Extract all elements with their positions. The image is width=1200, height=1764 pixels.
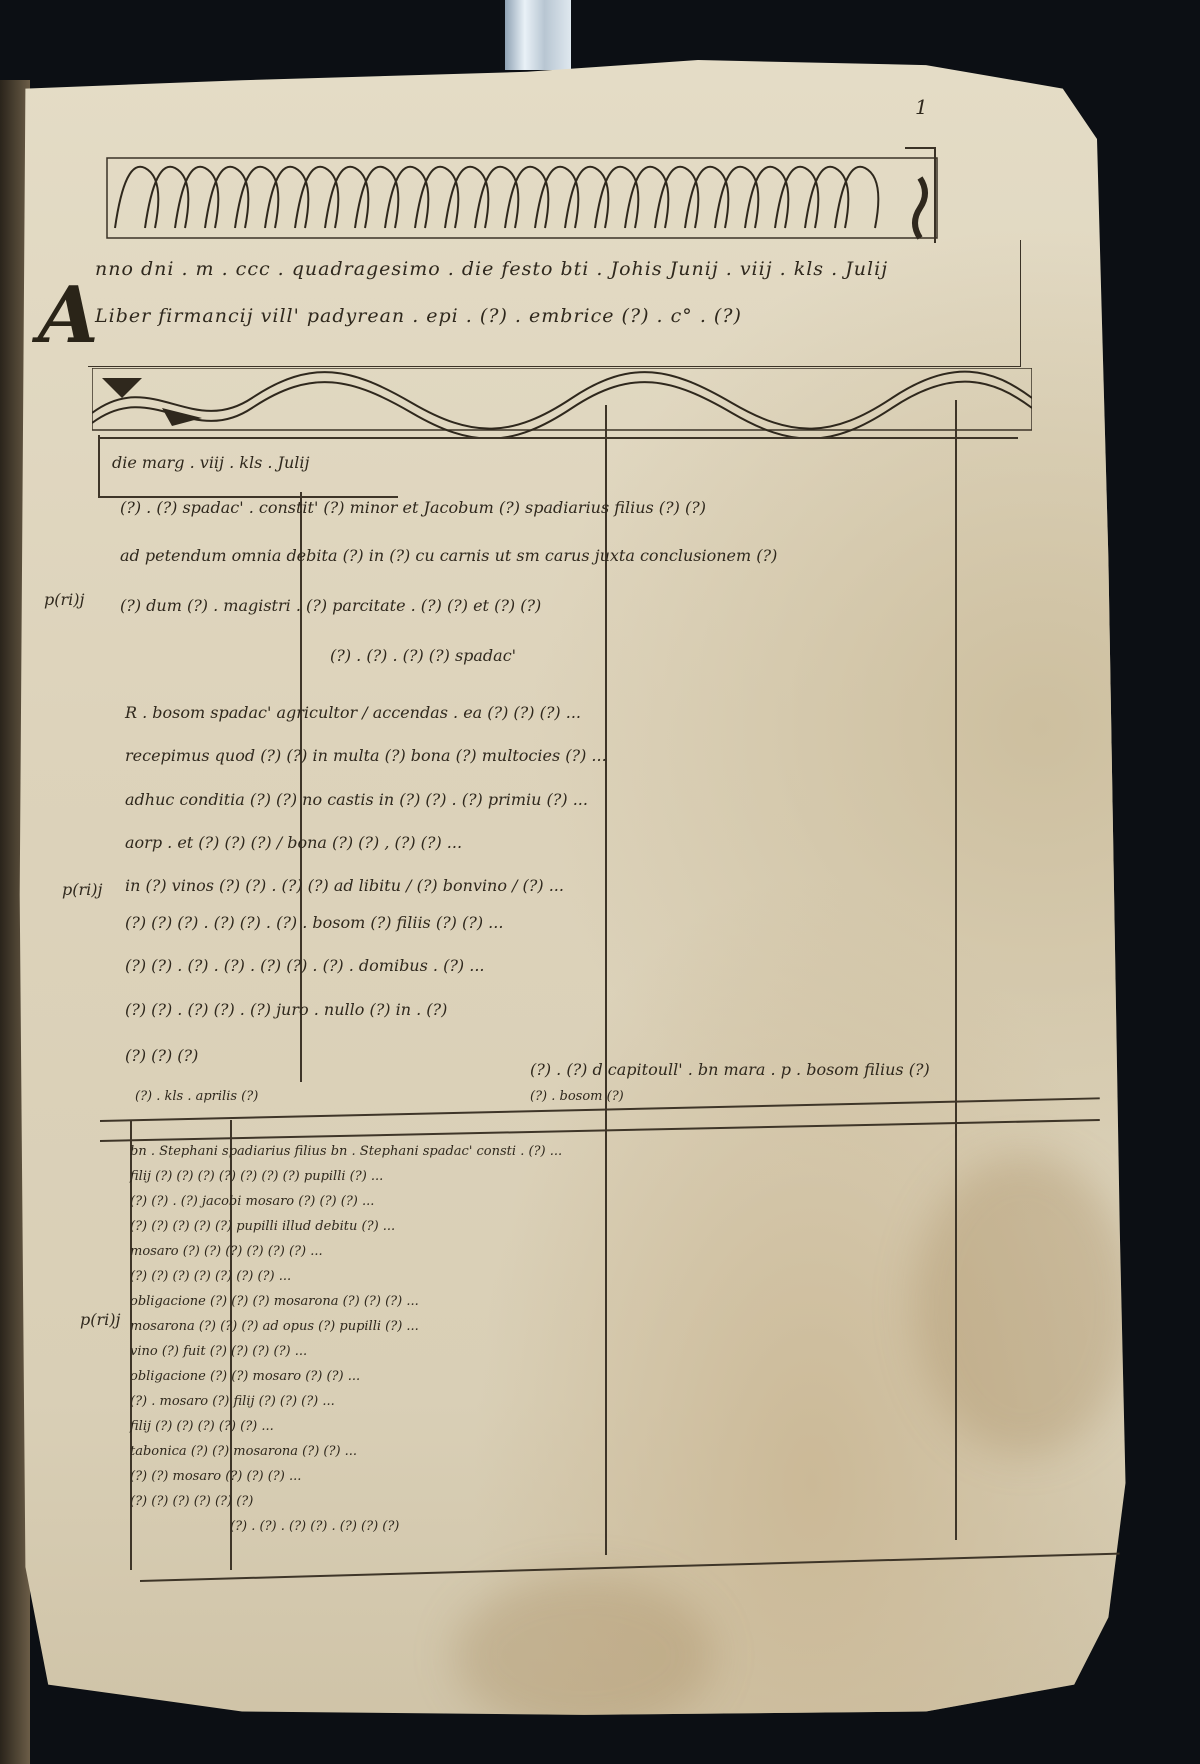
header-line-2: Liber firmancij vill' padyrean . epi . (… [95,305,742,327]
interlace-border-decoration [105,138,940,248]
entry-3-line: (?) (?) mosaro (?) (?) (?) ... [130,1470,301,1483]
entry-3-line: (?) (?) (?) (?) (?) (?) (?) ... [130,1270,291,1283]
entry-2-line: (?) (?) . (?) (?) . (?) juro . nullo (?)… [125,1002,447,1018]
entry-2-line: adhuc conditia (?) (?) no castis in (?) … [125,792,588,808]
margin-note: p(ri)j [80,1310,120,1329]
column-rule [605,405,607,1555]
decorated-initial: A [38,270,99,361]
entry-2-line: (?) (?) (?) [125,1048,198,1064]
entry-3-date-cell: (?) . kls . aprilis (?) [135,1090,258,1103]
entry-3-line: filij (?) (?) (?) (?) (?) (?) (?) pupill… [130,1170,383,1183]
entry-3-line: (?) . (?) . (?) (?) . (?) (?) (?) [230,1520,399,1533]
entry-2-line: recepimus quod (?) (?) in multa (?) bona… [125,748,607,764]
wave-border-decoration [92,368,1032,438]
entry-1-line: (?) dum (?) . magistri . (?) parcitate .… [120,598,541,614]
entry-1-line: (?) . (?) spadac' . constit' (?) minor e… [120,500,706,516]
entry-3-line: mosaro (?) (?) (?) (?) (?) (?) ... [130,1245,323,1258]
margin-note: p(ri)j [62,880,102,899]
rule-line [98,435,100,497]
entry-3-line: (?) (?) (?) (?) (?) pupilli illud debitu… [130,1220,395,1233]
entry-3-line: (?) (?) (?) (?) (?) (?) [130,1495,253,1508]
entry-2-line: R . bosom spadac' agricultor / accendas … [125,705,581,721]
entry-2-line: in (?) vinos (?) (?) . (?) (?) ad libitu… [125,878,564,894]
entry-2-footer: (?) . (?) d capitoull' . bn mara . p . b… [530,1062,930,1078]
entry-3-line: obligacione (?) (?) mosaro (?) (?) ... [130,1370,360,1383]
column-rule [955,400,957,1540]
folio-number: 1 [915,95,928,119]
entry-3-line: filij (?) (?) (?) (?) (?) ... [130,1420,274,1433]
entry-2-line: (?) (?) . (?) . (?) . (?) (?) . (?) . do… [125,958,484,974]
entry-3-line: obligacione (?) (?) (?) mosarona (?) (?)… [130,1295,419,1308]
entry-2-line: (?) (?) (?) . (?) (?) . (?) . bosom (?) … [125,915,503,931]
date-cell: die marg . viij . kls . Julij [112,455,309,471]
entry-2-line: aorp . et (?) (?) (?) / bona (?) (?) , (… [125,835,462,851]
entry-1-line: ad petendum omnia debita (?) in (?) cu c… [120,548,777,564]
entry-1-line: (?) . (?) . (?) (?) spadac' [330,648,516,664]
entry-3-line: bn . Stephani spadiarius filius bn . Ste… [130,1145,562,1158]
column-rule [300,492,302,1082]
header-line-1: nno dni . m . ccc . quadragesimo . die f… [95,258,888,280]
water-stain [454,1575,714,1735]
entry-3-line: mosarona (?) (?) (?) ad opus (?) pupilli… [130,1320,419,1333]
background-lamp [505,0,571,70]
margin-note: p(ri)j [44,590,84,609]
entry-3-line: tabonica (?) (?) mosarona (?) (?) ... [130,1445,357,1458]
entry-3-line: (?) (?) . (?) jacobi mosaro (?) (?) (?) … [130,1195,374,1208]
rule-line [98,437,1018,439]
entry-3-line: (?) . mosaro (?) filij (?) (?) (?) ... [130,1395,335,1408]
entry-3-line: vino (?) fuit (?) (?) (?) (?) ... [130,1345,307,1358]
entry-3-note: (?) . bosom (?) [530,1090,624,1103]
water-stain [914,1155,1134,1455]
